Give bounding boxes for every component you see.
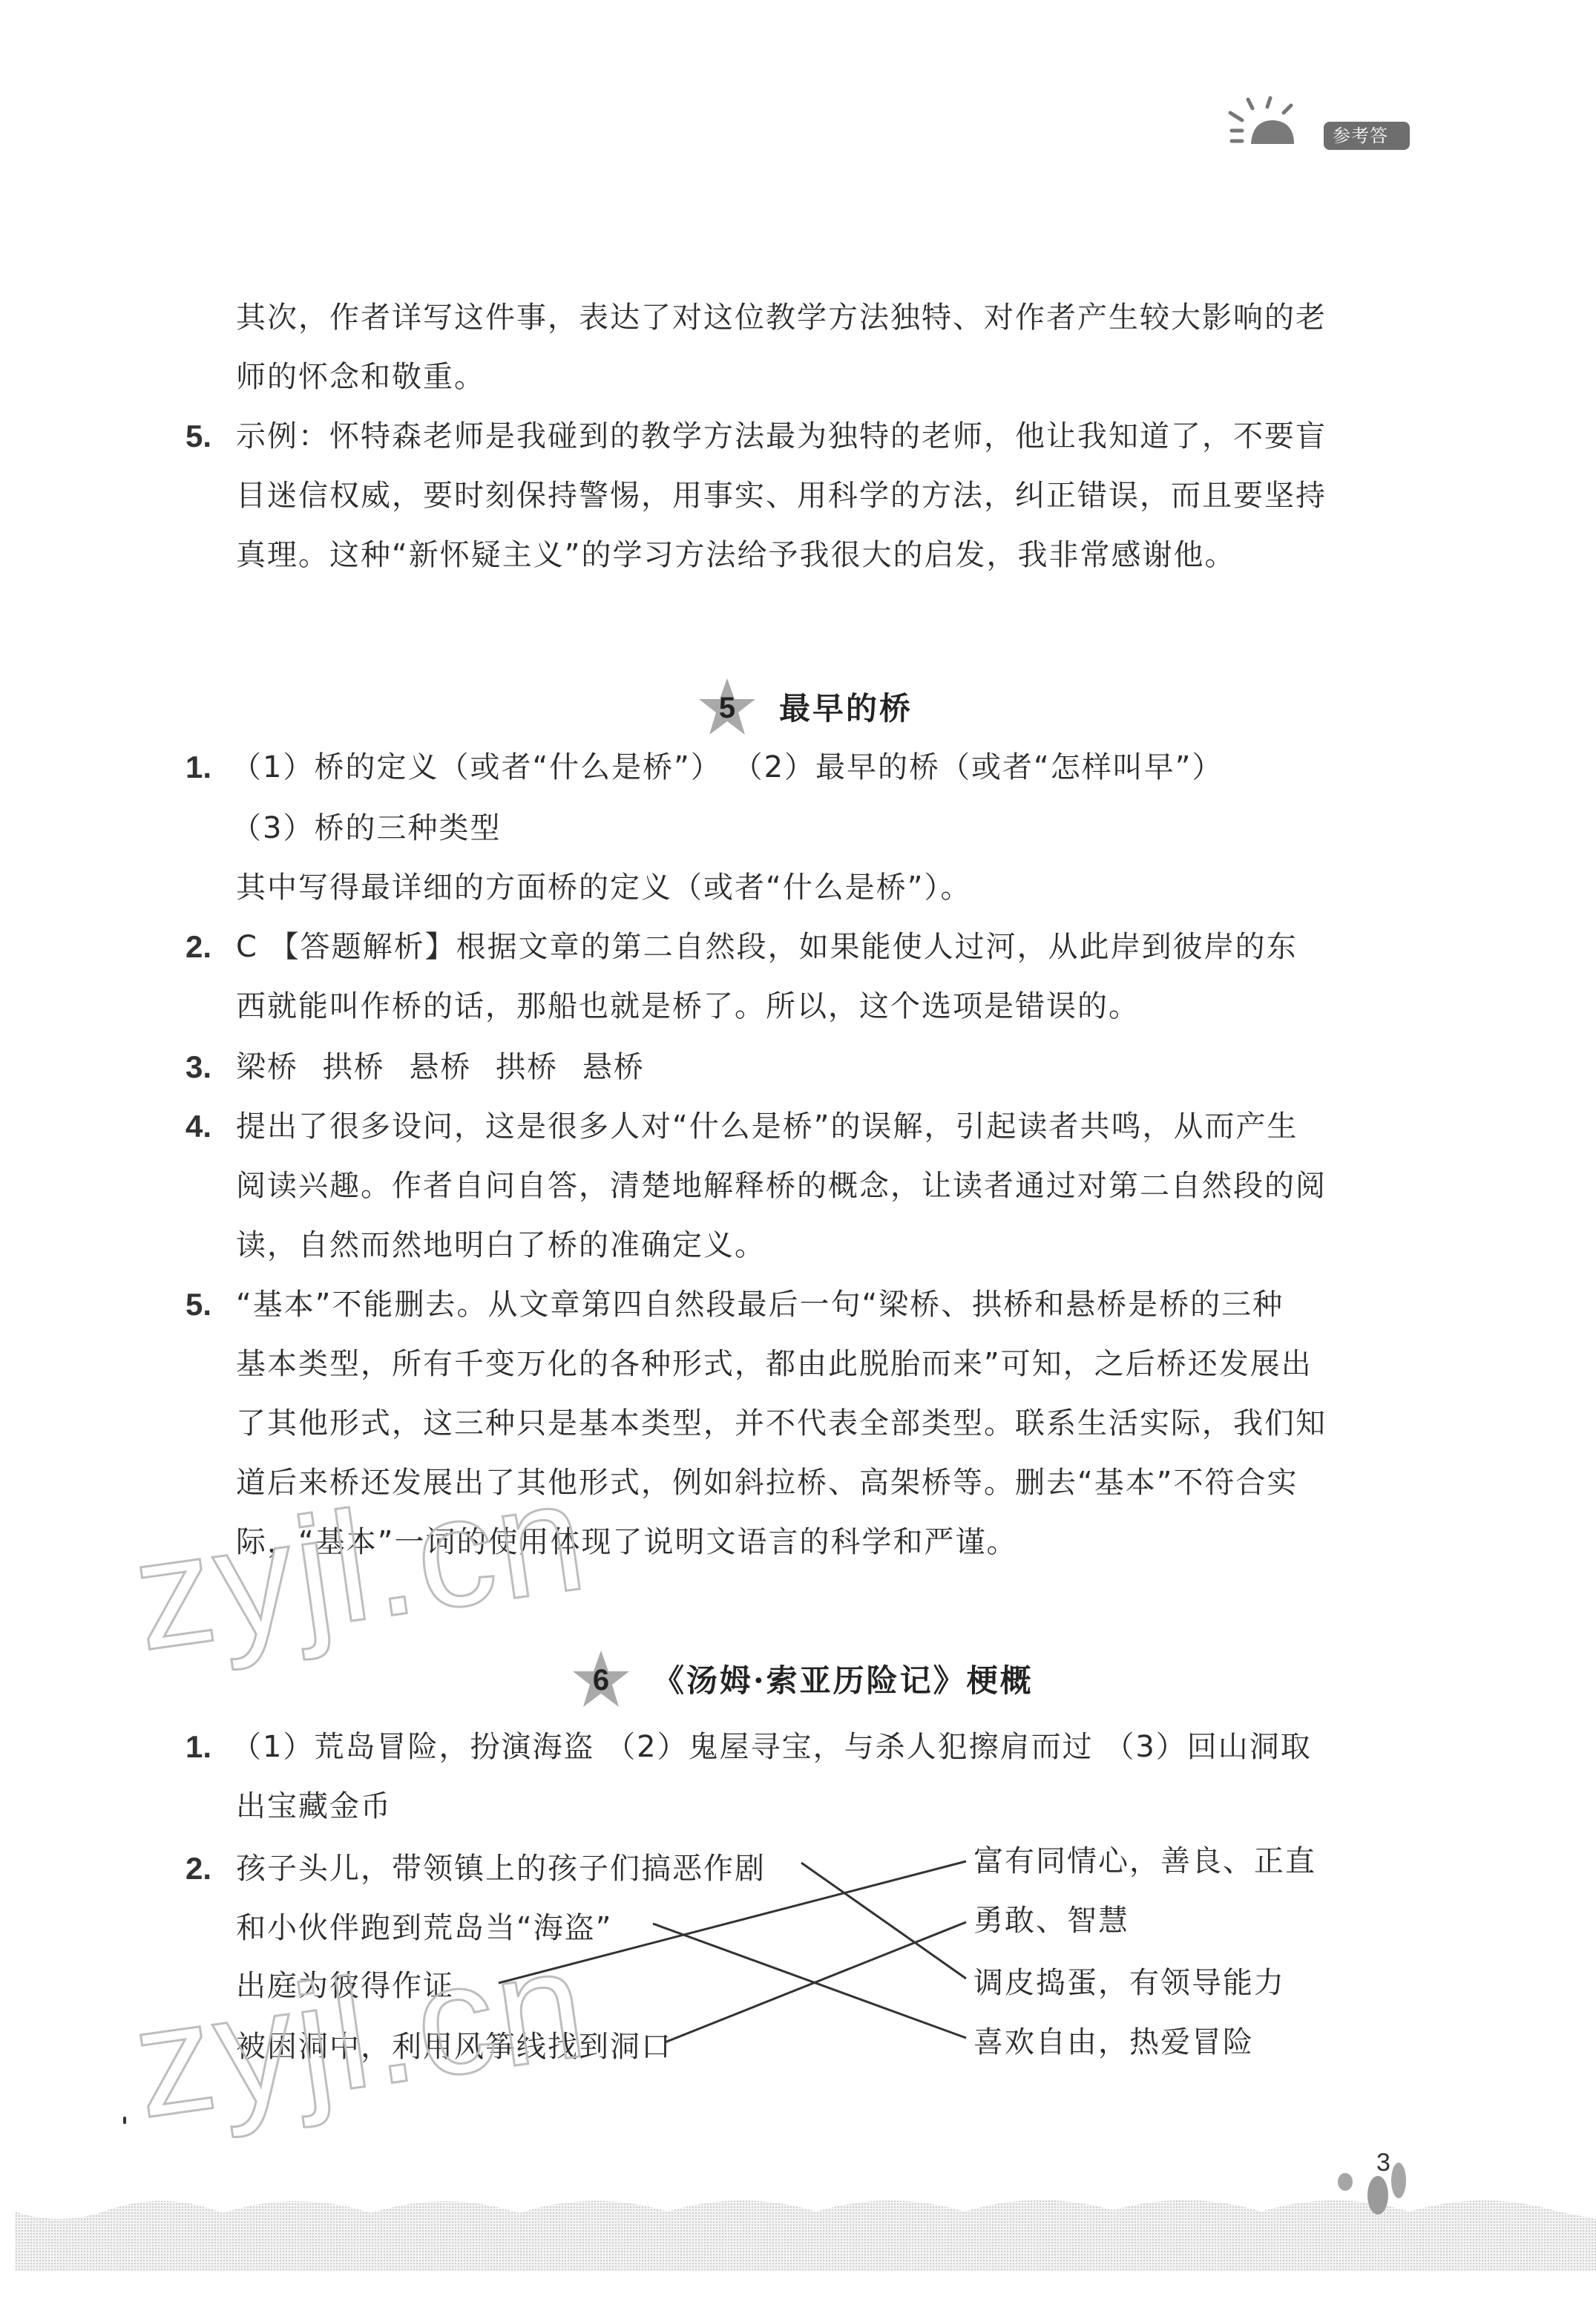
stray-mark: [123, 2117, 126, 2124]
answer-page: 参考答案 其次，作者详写这件事，表达了对这位教学方法独特、对作者产生较大影响的老…: [0, 0, 1596, 2314]
page-number: 3: [1376, 2149, 1390, 2177]
